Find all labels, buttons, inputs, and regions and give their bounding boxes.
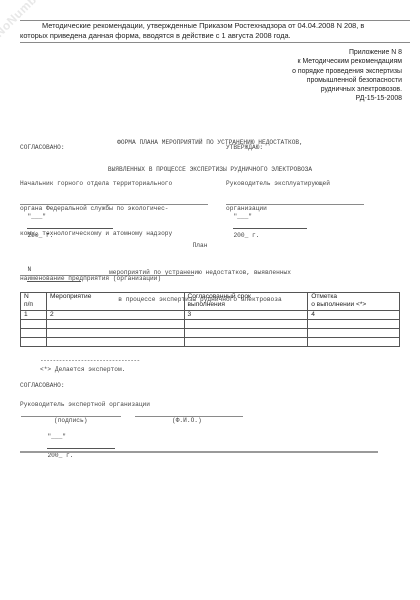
table-row [21,329,400,338]
date-day[interactable]: "___" [233,213,252,220]
table-cell[interactable] [46,338,184,347]
date-year: 200_ г. [47,452,73,459]
table-cell[interactable] [21,329,47,338]
table-cell[interactable] [184,320,308,329]
table-cell[interactable] [21,338,47,347]
table-header-cell: Отметкао выполнении <*> [308,293,400,311]
table-number-row: 1 2 3 4 [21,311,400,320]
plan-title-line-1: План [0,241,400,250]
appendix-line: Приложение N 8 [202,48,402,57]
name-caption: (Ф.И.О.) [172,417,202,425]
table-cell: 1 [21,311,47,320]
approval-right-heading: УТВЕРЖДАЮ: [226,144,263,152]
notice-bottom-rule [20,42,410,43]
table-row [21,320,400,329]
plan-table: Nп/п Мероприятие Согласованный сроквыпол… [20,292,400,347]
table-cell: 3 [184,311,308,320]
notice-block: Методические рекомендации, утвержденные … [20,21,410,41]
expert-date: "___" 200_ г. [40,425,115,461]
table-cell[interactable] [46,329,184,338]
notice-line-1: Методические рекомендации, утвержденные … [42,21,364,30]
table-cell[interactable] [308,338,400,347]
table-cell[interactable] [308,329,400,338]
appendix-line: промышленной безопасности [202,76,402,85]
bottom-rule [20,451,378,453]
date-day[interactable]: "___" [27,213,46,220]
expert-position: Руководитель экспертной организации [20,401,150,409]
table-cell[interactable] [184,338,308,347]
expert-approval-heading: СОГЛАСОВАНО: [20,382,65,390]
number-label: N [27,266,31,273]
approval-right-line: Руководитель эксплуатирующей [226,180,330,188]
approval-left-heading: СОГЛАСОВАНО: [20,144,65,152]
footnote-separator: -------------------------------- [40,357,140,365]
table-header-cell: Nп/п [21,293,47,311]
table-cell[interactable] [184,329,308,338]
approval-left-line: Начальник горного отдела территориальног… [20,180,172,188]
table-cell: 2 [46,311,184,320]
table-header-cell: Согласованный сроквыполнения [184,293,308,311]
appendix-line: РД-15-15-2008 [202,94,402,103]
table-cell[interactable] [21,320,47,329]
appendix-line: о порядке проведения экспертизы [202,67,402,76]
appendix-line: рудничных электровозов. [202,85,402,94]
table-cell[interactable] [46,320,184,329]
table-row [21,338,400,347]
table-cell: 4 [308,311,400,320]
table-header-row: Nп/п Мероприятие Согласованный сроквыпол… [21,293,400,311]
table-cell[interactable] [308,320,400,329]
appendix-block: Приложение N 8 к Методическим рекомендац… [202,48,402,104]
notice-line-2: которых приведена данная форма, вводятся… [20,31,410,41]
appendix-line: к Методическим рекомендациям [202,57,402,66]
org-caption: наименование предприятия (организации) [20,275,161,283]
footnote-text: <*> Делается экспертом. [40,366,125,374]
date-day[interactable]: "___" [47,433,66,440]
table-header-cell: Мероприятие [46,293,184,311]
date-month-field[interactable] [47,442,115,449]
